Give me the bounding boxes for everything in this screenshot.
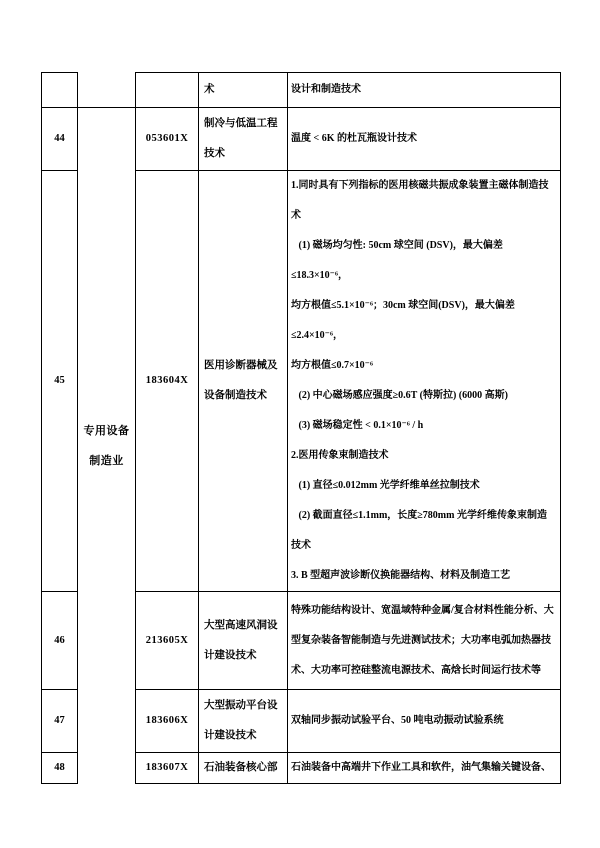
row-47-no-cell: 47 xyxy=(42,690,78,753)
continuation-code-cell xyxy=(136,73,199,108)
row-continuation: 术 设计和制造技术 xyxy=(42,73,561,108)
row-45-desc-cell: 1.同时具有下列指标的医用核磁共振成象装置主磁体制造技 术 (1) 磁场均匀性:… xyxy=(288,171,561,592)
row-46-no-cell: 46 xyxy=(42,592,78,690)
row-44-desc-cell: 温度 < 6K 的杜瓦瓶设计技术 xyxy=(288,108,561,171)
row-47-name-cell: 大型振动平台设 计建设技术 xyxy=(199,690,288,753)
industry-cell: 专用设备 制造业 xyxy=(78,108,136,784)
row-44: 44 专用设备 制造业 053601X 制冷与低温工程 技术 温度 < 6K 的… xyxy=(42,108,561,171)
row-45-name-cell: 医用诊断器械及 设备制造技术 xyxy=(199,171,288,592)
row-45-code-cell: 183604X xyxy=(136,171,199,592)
row-46-name-cell: 大型高速风洞设 计建设技术 xyxy=(199,592,288,690)
continuation-desc-cell: 设计和制造技术 xyxy=(288,73,561,108)
row-46-desc-cell: 特殊功能结构设计、宽温域特种金属/复合材料性能分析、大 型复杂装备智能制造与先进… xyxy=(288,592,561,690)
row-48-desc-cell: 石油装备中高端井下作业工具和软件，油气集输关键设备、 xyxy=(288,753,561,784)
row-48-no-cell: 48 xyxy=(42,753,78,784)
industry-cell-continuation xyxy=(78,73,136,108)
row-47-code-cell: 183606X xyxy=(136,690,199,753)
row-46-code-cell: 213605X xyxy=(136,592,199,690)
row-44-code-cell: 053601X xyxy=(136,108,199,171)
continuation-no-cell xyxy=(42,73,78,108)
technology-catalog-table: 术 设计和制造技术 44 专用设备 制造业 053601X 制冷与低温工程 技术… xyxy=(41,72,561,784)
document-page: { "page": { "background_color": "#ffffff… xyxy=(0,0,600,848)
row-48-name-cell: 石油装备核心部 xyxy=(199,753,288,784)
continuation-name-cell: 术 xyxy=(199,73,288,108)
row-48-code-cell: 183607X xyxy=(136,753,199,784)
row-45-no-cell: 45 xyxy=(42,171,78,592)
row-44-name-cell: 制冷与低温工程 技术 xyxy=(199,108,288,171)
row-44-no-cell: 44 xyxy=(42,108,78,171)
row-47-desc-cell: 双轴同步振动试验平台、50 吨电动振动试验系统 xyxy=(288,690,561,753)
